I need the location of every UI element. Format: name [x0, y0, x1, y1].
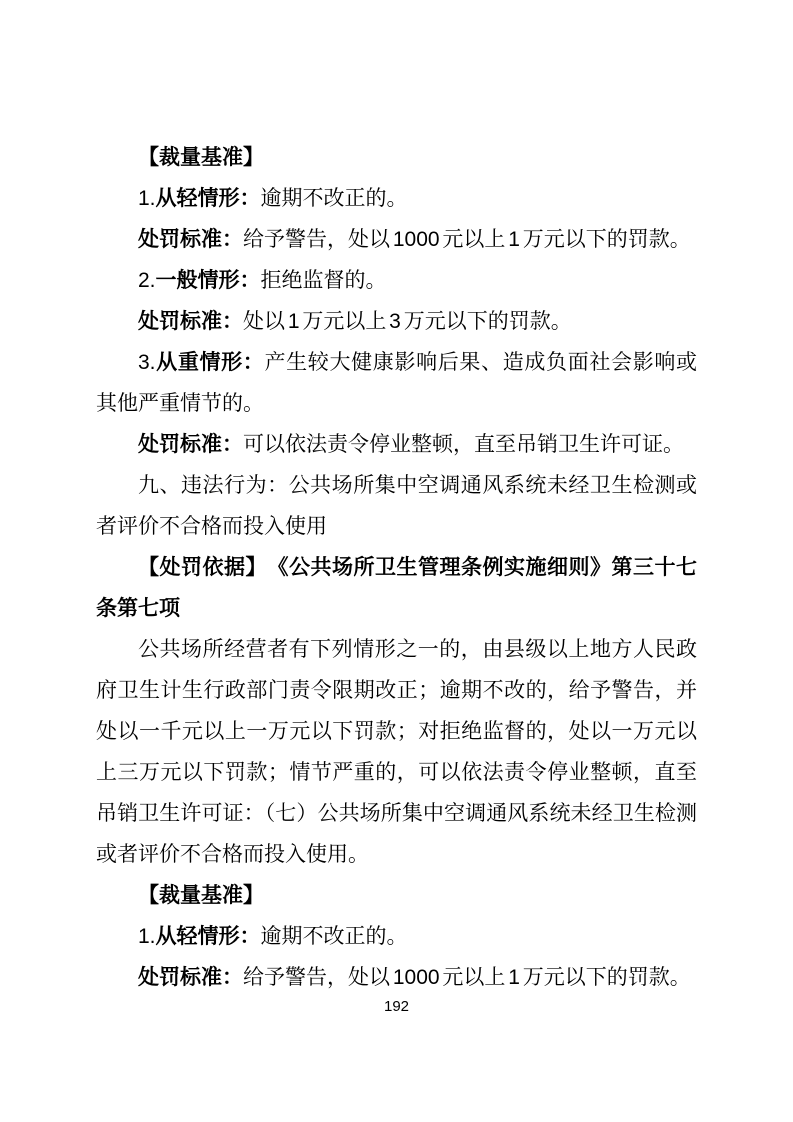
text-run: 【裁量基准】	[138, 884, 264, 907]
text-run: 2.	[138, 269, 156, 292]
text-run: 处罚标准：	[138, 966, 243, 989]
text-run: 处罚标准：	[138, 310, 243, 333]
text-run: 一般情形：	[156, 269, 261, 292]
page-footer: 192	[0, 999, 793, 1015]
heading-penalty-basis: 【处罚依据】 《公共场所卫生管理条例实施细则》第三十七条第七项	[96, 547, 697, 629]
text-run: 处以 1 万元以上 3 万元以下的罚款。	[243, 310, 572, 333]
text-run: 拒绝监督的。	[261, 269, 387, 292]
penalty-standard-general: 处罚标准：处以 1 万元以上 3 万元以下的罚款。	[96, 301, 697, 342]
regulation-citation-text: 公共场所经营者有下列情形之一的，由县级以上地方人民政府卫生计生行政部门责令限期改…	[96, 629, 697, 875]
text-run: 从轻情形：	[156, 925, 261, 948]
text-run: 可以依法责令停业整顿，直至吊销卫生许可证。	[243, 433, 684, 456]
item-severe-circumstance: 3.从重情形：产生较大健康影响后果、造成负面社会影响或其他严重情节的。	[96, 342, 697, 424]
item-lenient-circumstance-2: 1.从轻情形：逾期不改正的。	[96, 916, 697, 957]
heading-discretion-benchmark-2: 【裁量基准】	[96, 875, 697, 916]
document-page: 【裁量基准】 1.从轻情形：逾期不改正的。 处罚标准：给予警告，处以 1000 …	[0, 0, 793, 1122]
violation-item-nine: 九、违法行为：公共场所集中空调通风系统未经卫生检测或者评价不合格而投入使用	[96, 465, 697, 547]
text-run: 【裁量基准】	[138, 146, 264, 169]
text-run: 1.	[138, 187, 156, 210]
penalty-standard-lenient: 处罚标准：给予警告，处以 1000 元以上 1 万元以下的罚款。	[96, 219, 697, 260]
document-body: 【裁量基准】 1.从轻情形：逾期不改正的。 处罚标准：给予警告，处以 1000 …	[96, 137, 697, 998]
text-run: 九、违法行为：公共场所集中空调通风系统未经卫生检测或者评价不合格而投入使用	[96, 474, 697, 538]
text-run: 【处罚依据】 《公共场所卫生管理条例实施细则》第三十七条第七项	[96, 556, 697, 620]
text-run: 逾期不改正的。	[261, 925, 408, 948]
item-general-circumstance: 2.一般情形：拒绝监督的。	[96, 260, 697, 301]
page-number: 192	[384, 998, 409, 1015]
text-run: 3.	[138, 351, 156, 374]
text-run: 处罚标准：	[138, 433, 243, 456]
text-run: 给予警告，处以 1000 元以上 1 万元以下的罚款。	[243, 966, 691, 989]
heading-discretion-benchmark: 【裁量基准】	[96, 137, 697, 178]
text-run: 从重情形：	[156, 351, 265, 374]
text-run: 从轻情形：	[156, 187, 261, 210]
item-lenient-circumstance: 1.从轻情形：逾期不改正的。	[96, 178, 697, 219]
text-run: 逾期不改正的。	[261, 187, 408, 210]
text-run: 给予警告，处以 1000 元以上 1 万元以下的罚款。	[243, 228, 691, 251]
text-run: 公共场所经营者有下列情形之一的，由县级以上地方人民政府卫生计生行政部门责令限期改…	[96, 638, 697, 866]
text-run: 处罚标准：	[138, 228, 243, 251]
penalty-standard-lenient-2: 处罚标准：给予警告，处以 1000 元以上 1 万元以下的罚款。	[96, 957, 697, 998]
penalty-standard-severe: 处罚标准：可以依法责令停业整顿，直至吊销卫生许可证。	[96, 424, 697, 465]
text-run: 1.	[138, 925, 156, 948]
